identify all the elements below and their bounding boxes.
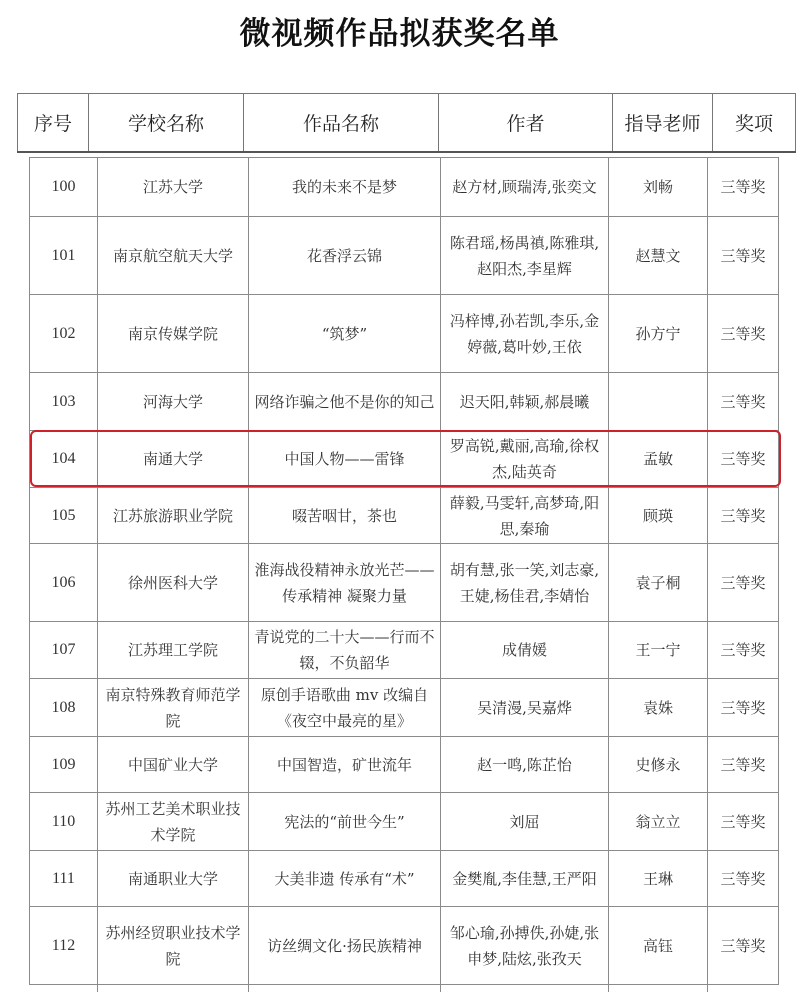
cell-advisor: 王一宁	[609, 622, 708, 679]
table-row: 112苏州经贸职业技术学院访丝绸文化·扬民族精神邹心瑜,孙搏佚,孙婕,张申梦,陆…	[30, 907, 779, 985]
table-row: 105江苏旅游职业学院啜苦咽甘，茶也薛毅,马雯轩,高梦琦,阳思,秦瑜顾瑛三等奖	[30, 488, 779, 544]
cell-work: 淮海战役精神永放光芒——传承精神 凝聚力量	[249, 544, 441, 622]
cell-no: 100	[30, 158, 98, 217]
cell-advisor: 袁姝	[609, 679, 708, 737]
cell-school: 南京航空航天大学	[98, 217, 249, 295]
table-row: 102南京传媒学院“筑梦”冯梓博,孙若凯,李乐,金婷薇,葛叶妙,王依孙方宁三等奖	[30, 295, 779, 373]
cell-no: 104	[30, 431, 98, 488]
cell-no: 110	[30, 793, 98, 851]
table-row-highlighted: 104南通大学中国人物——雷锋罗高锐,戴丽,高瑜,徐权杰,陆英奇孟敏三等奖	[30, 431, 779, 488]
cell-work: 访丝绸文化·扬民族精神	[249, 907, 441, 985]
award-table: 100江苏大学我的未来不是梦赵方材,顾瑞涛,张奕文刘畅三等奖101南京航空航天大…	[29, 157, 779, 985]
table-row: 110苏州工艺美术职业技术学院宪法的“前世今生”刘屈翁立立三等奖	[30, 793, 779, 851]
header-school: 学校名称	[89, 94, 244, 153]
cell-authors: 罗高锐,戴丽,高瑜,徐权杰,陆英奇	[441, 431, 609, 488]
cell-advisor: 史修永	[609, 737, 708, 793]
cell-award: 三等奖	[708, 622, 779, 679]
cell-school: 江苏大学	[98, 158, 249, 217]
table-row: 100江苏大学我的未来不是梦赵方材,顾瑞涛,张奕文刘畅三等奖	[30, 158, 779, 217]
cell-work: 花香浮云锦	[249, 217, 441, 295]
table-row: 101南京航空航天大学花香浮云锦陈君瑶,杨禺禛,陈雅琪,赵阳杰,李星辉赵慧文三等…	[30, 217, 779, 295]
cell-no: 112	[30, 907, 98, 985]
cell-work: 啜苦咽甘，茶也	[249, 488, 441, 544]
cell-advisor	[609, 373, 708, 431]
cell-award: 三等奖	[708, 793, 779, 851]
cell-award: 三等奖	[708, 431, 779, 488]
cell-award: 三等奖	[708, 851, 779, 907]
cell-work: 网络诈骗之他不是你的知己	[249, 373, 441, 431]
cell-authors: 邹心瑜,孙搏佚,孙婕,张申梦,陆炫,张孜天	[441, 907, 609, 985]
cell-school: 南通职业大学	[98, 851, 249, 907]
cell-advisor: 刘畅	[609, 158, 708, 217]
cell-authors: 赵方材,顾瑞涛,张奕文	[441, 158, 609, 217]
cell-authors: 吴清漫,吴嘉烨	[441, 679, 609, 737]
cell-school: 徐州医科大学	[98, 544, 249, 622]
cell-authors: 冯梓博,孙若凯,李乐,金婷薇,葛叶妙,王依	[441, 295, 609, 373]
cell-authors: 赵一鸣,陈芷怡	[441, 737, 609, 793]
table-row: 108南京特殊教育师范学院原创手语歌曲 mv 改编自《夜空中最亮的星》吴清漫,吴…	[30, 679, 779, 737]
cell-advisor: 顾瑛	[609, 488, 708, 544]
cell-school: 苏州工艺美术职业技术学院	[98, 793, 249, 851]
cell-no: 111	[30, 851, 98, 907]
cell-work: 青说党的二十大——行而不辍，不负韶华	[249, 622, 441, 679]
cell-authors: 刘屈	[441, 793, 609, 851]
cell-no: 102	[30, 295, 98, 373]
cell-school: 中国矿业大学	[98, 737, 249, 793]
cell-school: 江苏旅游职业学院	[98, 488, 249, 544]
header-no: 序号	[18, 94, 89, 153]
cell-work: “筑梦”	[249, 295, 441, 373]
cell-school: 南通大学	[98, 431, 249, 488]
cell-award: 三等奖	[708, 217, 779, 295]
table-row: 111南通职业大学大美非遗 传承有“术”金樊胤,李佳慧,王严阳王琳三等奖	[30, 851, 779, 907]
cell-advisor: 孟敏	[609, 431, 708, 488]
header-authors: 作者	[439, 94, 613, 153]
cell-advisor: 高钰	[609, 907, 708, 985]
table-row: 107江苏理工学院青说党的二十大——行而不辍，不负韶华成倩媛王一宁三等奖	[30, 622, 779, 679]
cell-no: 103	[30, 373, 98, 431]
cell-work: 我的未来不是梦	[249, 158, 441, 217]
cell-no: 106	[30, 544, 98, 622]
cell-school: 南京特殊教育师范学院	[98, 679, 249, 737]
cell-school: 河海大学	[98, 373, 249, 431]
cell-no: 108	[30, 679, 98, 737]
cell-award: 三等奖	[708, 907, 779, 985]
cell-work: 原创手语歌曲 mv 改编自《夜空中最亮的星》	[249, 679, 441, 737]
cell-no: 107	[30, 622, 98, 679]
cell-award: 三等奖	[708, 488, 779, 544]
cell-advisor: 王琳	[609, 851, 708, 907]
cell-work: 大美非遗 传承有“术”	[249, 851, 441, 907]
cell-award: 三等奖	[708, 679, 779, 737]
cell-authors: 胡有慧,张一笑,刘志豪,王婕,杨佳君,李婧怡	[441, 544, 609, 622]
next-row-edge	[29, 984, 778, 992]
cell-no: 105	[30, 488, 98, 544]
cell-award: 三等奖	[708, 373, 779, 431]
cell-work: 中国人物——雷锋	[249, 431, 441, 488]
header-award: 奖项	[713, 94, 796, 153]
cell-work: 中国智造，矿世流年	[249, 737, 441, 793]
cell-award: 三等奖	[708, 544, 779, 622]
cell-award: 三等奖	[708, 158, 779, 217]
table-row: 109中国矿业大学中国智造，矿世流年赵一鸣,陈芷怡史修永三等奖	[30, 737, 779, 793]
cell-authors: 金樊胤,李佳慧,王严阳	[441, 851, 609, 907]
cell-authors: 陈君瑶,杨禺禛,陈雅琪,赵阳杰,李星辉	[441, 217, 609, 295]
cell-advisor: 袁子桐	[609, 544, 708, 622]
header-work: 作品名称	[244, 94, 439, 153]
table-row: 106徐州医科大学淮海战役精神永放光芒——传承精神 凝聚力量胡有慧,张一笑,刘志…	[30, 544, 779, 622]
cell-school: 苏州经贸职业技术学院	[98, 907, 249, 985]
table-row: 103河海大学网络诈骗之他不是你的知己迟天阳,韩颖,郝晨曦三等奖	[30, 373, 779, 431]
cell-advisor: 赵慧文	[609, 217, 708, 295]
cell-school: 南京传媒学院	[98, 295, 249, 373]
cell-advisor: 孙方宁	[609, 295, 708, 373]
cell-authors: 薛毅,马雯轩,高梦琦,阳思,秦瑜	[441, 488, 609, 544]
cell-authors: 迟天阳,韩颖,郝晨曦	[441, 373, 609, 431]
page-title: 微视频作品拟获奖名单	[0, 8, 799, 53]
table-header: 序号 学校名称 作品名称 作者 指导老师 奖项	[17, 93, 796, 153]
cell-no: 109	[30, 737, 98, 793]
cell-work: 宪法的“前世今生”	[249, 793, 441, 851]
cell-school: 江苏理工学院	[98, 622, 249, 679]
header-advisor: 指导老师	[613, 94, 713, 153]
cell-award: 三等奖	[708, 295, 779, 373]
cell-award: 三等奖	[708, 737, 779, 793]
cell-authors: 成倩媛	[441, 622, 609, 679]
cell-advisor: 翁立立	[609, 793, 708, 851]
cell-no: 101	[30, 217, 98, 295]
